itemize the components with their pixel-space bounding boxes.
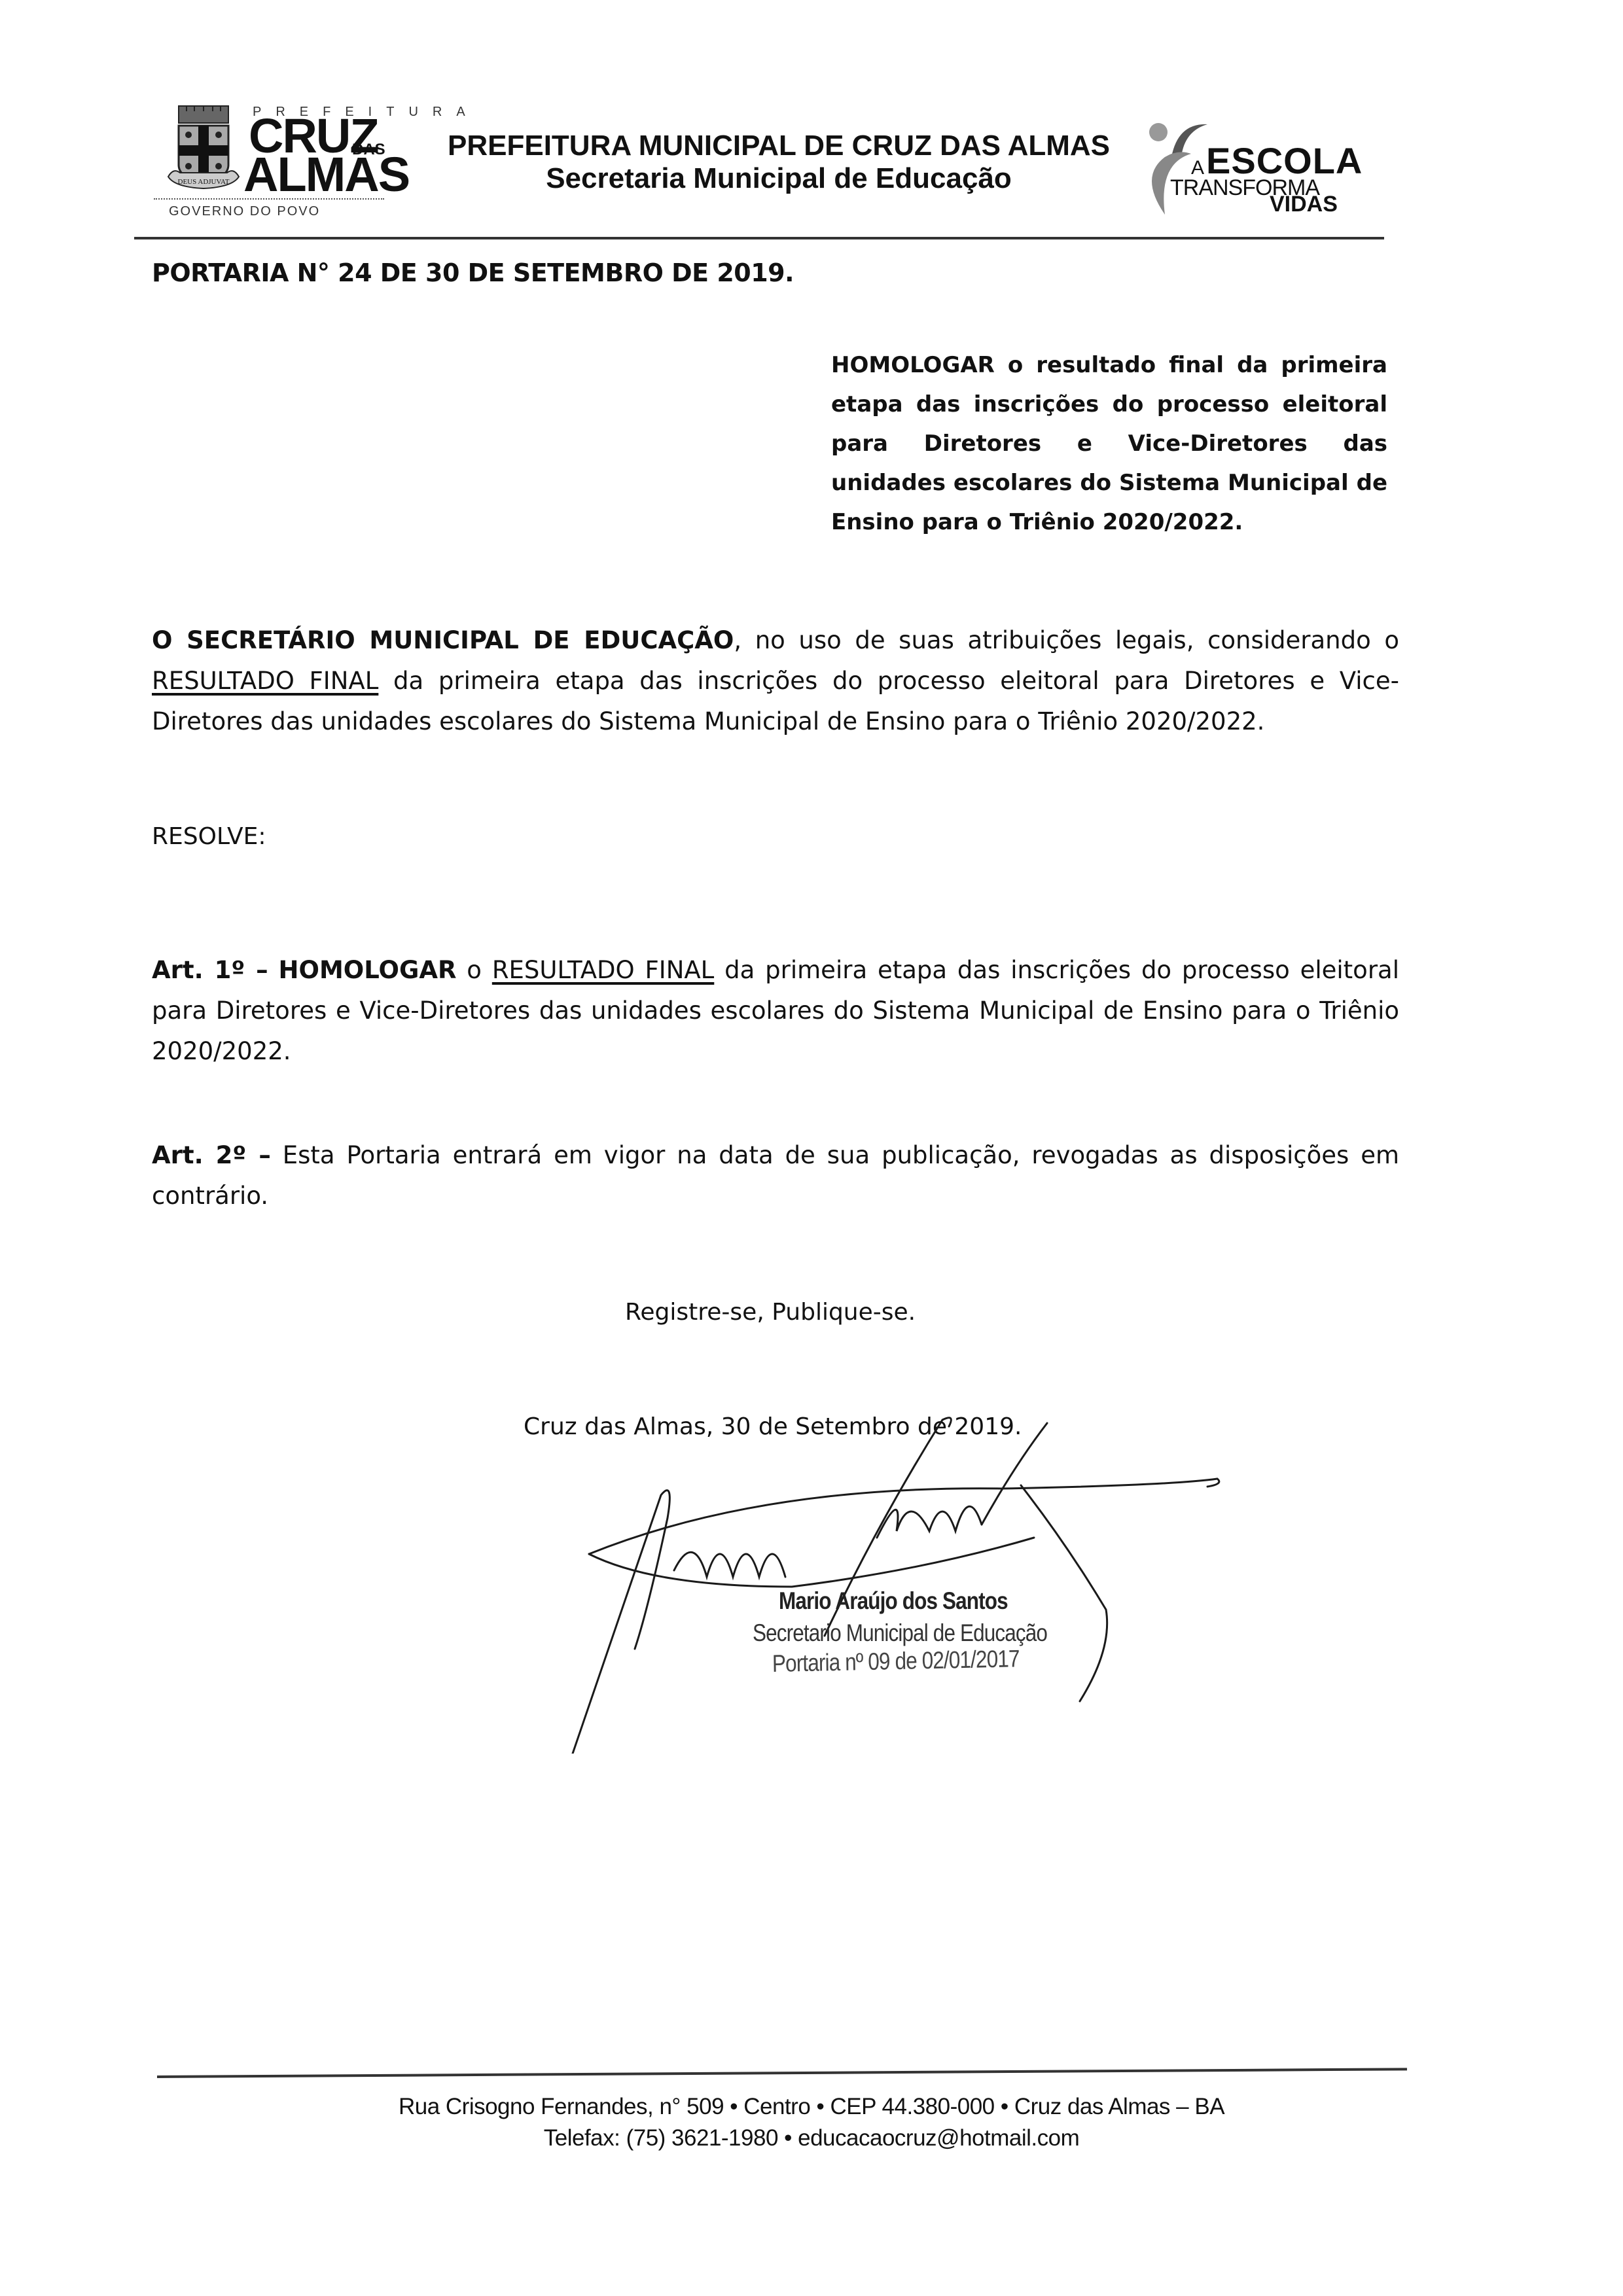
article-1-text-a: o	[456, 956, 491, 984]
article-1-label: Art. 1º –	[152, 956, 268, 984]
header-subtitle: Secretaria Municipal de Educação	[416, 162, 1142, 195]
signer-appointment: Portaria nº 09 de 02/01/2017	[772, 1645, 1020, 1678]
preamble-lead: O SECRETÁRIO MUNICIPAL DE EDUCAÇÃO	[152, 626, 734, 654]
preamble: O SECRETÁRIO MUNICIPAL DE EDUCAÇÃO, no u…	[152, 620, 1399, 742]
article-2-text: Esta Portaria entrará em vigor na data d…	[152, 1141, 1399, 1210]
logo-tagline: GOVERNO DO POVO	[169, 204, 320, 219]
article-1-underlined: RESULTADO FINAL	[492, 956, 714, 984]
article-2: Art. 2º – Esta Portaria entrará em vigor…	[152, 1135, 1399, 1216]
logo-vidas-text: VIDAS	[1270, 192, 1338, 217]
closing-formula: Registre-se, Publique-se.	[625, 1299, 916, 1326]
article-1-verb: HOMOLOGAR	[279, 956, 457, 984]
signer-name: Mario Araújo dos Santos	[779, 1587, 1008, 1615]
preamble-text-a: , no uso de suas atribuições legais, con…	[734, 626, 1399, 654]
document-title: PORTARIA N° 24 DE 30 DE SETEMBRO DE 2019…	[152, 258, 794, 287]
resolve-heading: RESOLVE:	[152, 823, 266, 850]
header-divider	[134, 237, 1384, 239]
ementa: HOMOLOGAR o resultado final da primeira …	[831, 345, 1387, 542]
logo-almas-text: ALMAS	[243, 154, 409, 195]
footer-address: Rua Crisogno Fernandes, n° 509 • Centro …	[131, 2094, 1492, 2120]
preamble-underlined: RESULTADO FINAL	[152, 667, 378, 695]
logo-divider	[154, 198, 384, 200]
svg-text:DEUS ADJUVAT: DEUS ADJUVAT	[178, 178, 230, 186]
signer-role: Secretario Municipal de Educação	[753, 1619, 1047, 1647]
footer-contact: Telefax: (75) 3621-1980 • educacaocruz@h…	[131, 2125, 1492, 2151]
footer-divider	[157, 2068, 1407, 2078]
coat-of-arms-icon: DEUS ADJUVAT	[167, 105, 240, 196]
header-title: PREFEITURA MUNICIPAL DE CRUZ DAS ALMAS	[416, 130, 1142, 162]
handwritten-signature-icon	[563, 1413, 1296, 1754]
article-1: Art. 1º – HOMOLOGAR o RESULTADO FINAL da…	[152, 950, 1399, 1072]
article-2-label: Art. 2º –	[152, 1141, 271, 1169]
